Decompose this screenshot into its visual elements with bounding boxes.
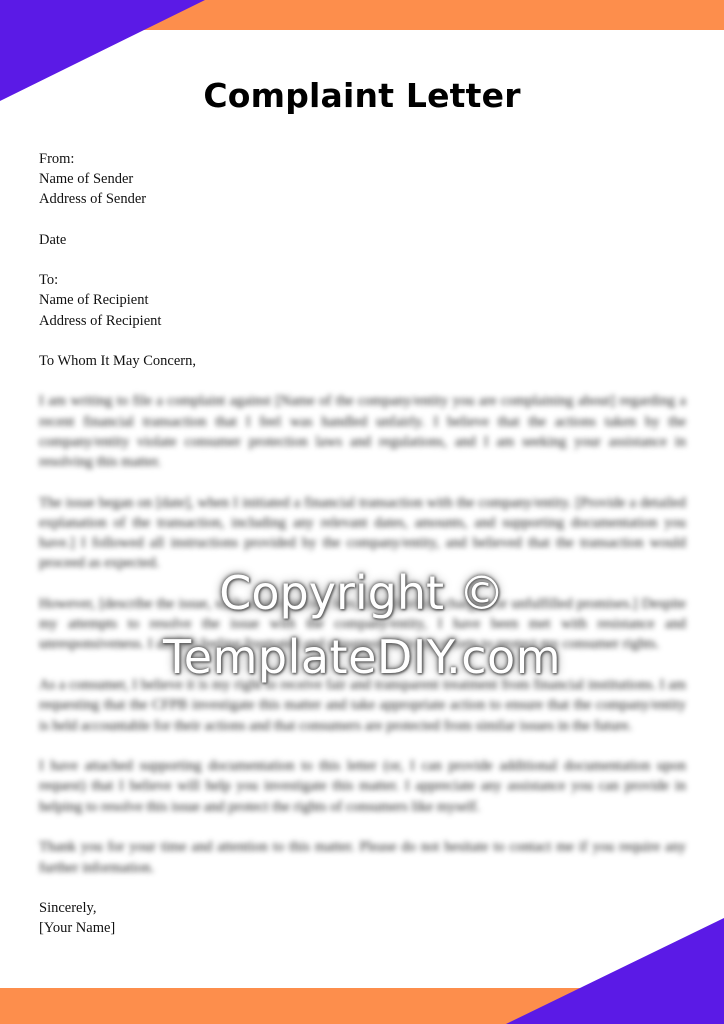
sender-name: Name of Sender bbox=[39, 169, 686, 189]
bottom-orange-band bbox=[0, 988, 724, 1024]
recipient-name: Name of Recipient bbox=[39, 290, 686, 310]
top-orange-band bbox=[0, 0, 724, 30]
body-paragraph: As a consumer, I believe it is my right … bbox=[39, 675, 686, 736]
to-label: To: bbox=[39, 270, 686, 290]
signature: [Your Name] bbox=[39, 918, 686, 938]
page-title: Complaint Letter bbox=[0, 76, 724, 115]
recipient-address: Address of Recipient bbox=[39, 311, 686, 331]
letter-body: From: Name of Sender Address of Sender D… bbox=[39, 149, 686, 939]
body-paragraph: The issue began on [date], when I initia… bbox=[39, 493, 686, 574]
from-label: From: bbox=[39, 149, 686, 169]
watermark-site: TemplateDIY.com bbox=[0, 630, 724, 684]
sender-address: Address of Sender bbox=[39, 189, 686, 209]
body-paragraph: I am writing to file a complaint against… bbox=[39, 391, 686, 472]
body-paragraph: Thank you for your time and attention to… bbox=[39, 837, 686, 877]
salutation: To Whom It May Concern, bbox=[39, 351, 686, 371]
closing: Sincerely, bbox=[39, 898, 686, 918]
watermark-copyright: Copyright © bbox=[0, 566, 724, 620]
body-paragraph: I have attached supporting documentation… bbox=[39, 756, 686, 817]
date: Date bbox=[39, 230, 686, 250]
